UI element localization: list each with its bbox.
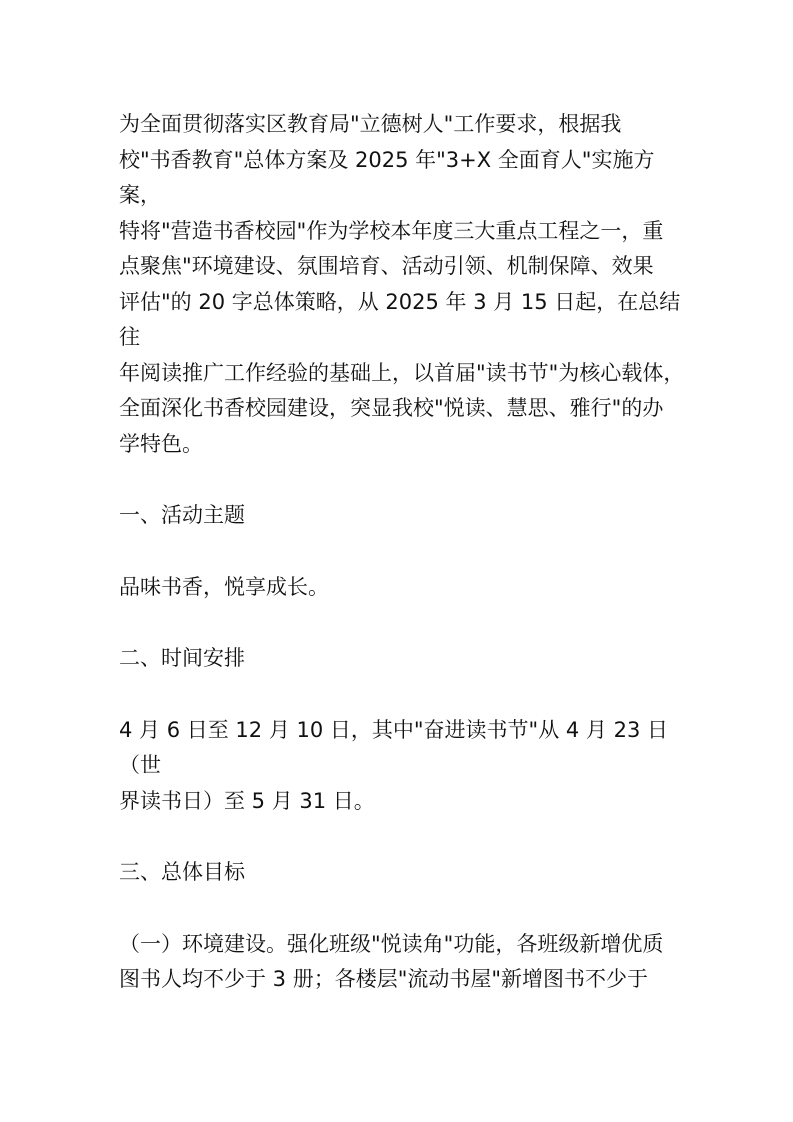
intro-paragraph: 为全面贯彻落实区教育局"立德树人"工作要求，根据我 校"书香教育"总体方案及 2… [119,107,694,462]
text-line: 点聚焦"环境建设、氛围培育、活动引领、机制保障、效果 [119,249,694,285]
section-body-theme: 品味书香，悦享成长。 [119,570,694,606]
section-heading-theme: 一、活动主题 [119,498,694,534]
text-line: 4 月 6 日至 12 月 10 日，其中"奋进读书节"从 4 月 23 日（世 [119,713,694,784]
text-line: 学特色。 [119,427,694,463]
text-line: 评估"的 20 字总体策略，从 2025 年 3 月 15 日起，在总结往 [119,285,694,356]
section-body-schedule: 4 月 6 日至 12 月 10 日，其中"奋进读书节"从 4 月 23 日（世… [119,713,694,820]
text-line: 为全面贯彻落实区教育局"立德树人"工作要求，根据我 [119,107,694,143]
section-body-goals: （一）环境建设。强化班级"悦读角"功能，各班级新增优质 图书人均不少于 3 册；… [119,927,694,998]
text-line: 品味书香，悦享成长。 [119,570,694,606]
document-page: 为全面贯彻落实区教育局"立德树人"工作要求，根据我 校"书香教育"总体方案及 2… [0,0,793,1122]
text-line: 全面深化书香校园建设，突显我校"悦读、慧思、雅行"的办 [119,391,694,427]
section-heading-schedule: 二、时间安排 [119,641,694,677]
text-line: 特将"营造书香校园"作为学校本年度三大重点工程之一，重 [119,214,694,250]
document-body: 为全面贯彻落实区教育局"立德树人"工作要求，根据我 校"书香教育"总体方案及 2… [119,107,694,1034]
section-heading-goals: 三、总体目标 [119,855,694,891]
text-line: 年阅读推广工作经验的基础上，以首届"读书节"为核心载体， [119,356,694,392]
text-line: 图书人均不少于 3 册；各楼层"流动书屋"新增图书不少于 [119,962,694,998]
text-line: 界读书日）至 5 月 31 日。 [119,784,694,820]
text-line: 校"书香教育"总体方案及 2025 年"3+X 全面育人"实施方案， [119,143,694,214]
text-line: （一）环境建设。强化班级"悦读角"功能，各班级新增优质 [119,927,694,963]
